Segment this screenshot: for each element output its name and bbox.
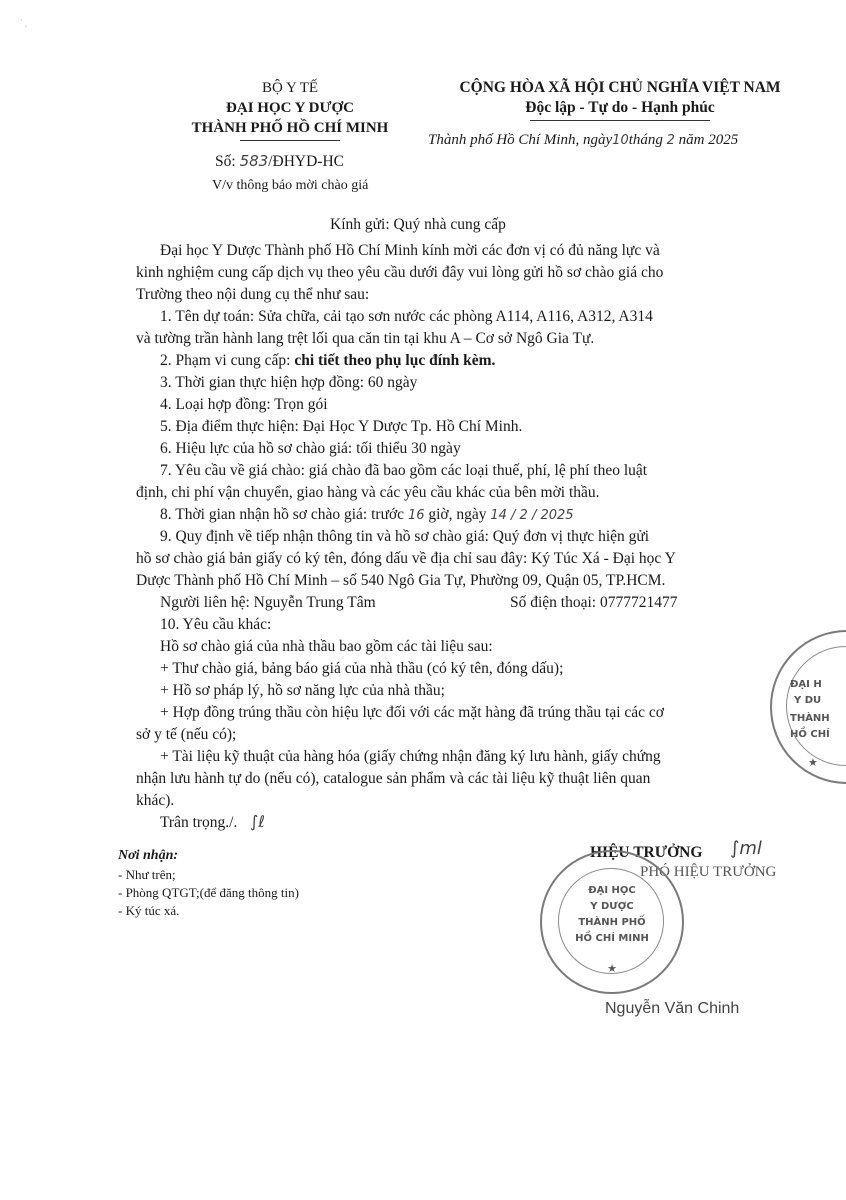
requirement-1: + Thư chào giá, bảng báo giá của nhà thầ… [160,658,563,680]
document-number: Số: 583/ĐHYD-HC [215,150,344,173]
item-6: 6. Hiệu lực của hồ sơ chào giá: tối thiể… [160,438,461,460]
intro-line-3: Trường theo nội dung cụ thể như sau: [136,284,369,306]
national-motto: Độc lập - Tự do - Hạnh phúc [410,98,830,118]
requirement-4-line-2: nhận lưu hành tự do (nếu có), catalogue … [136,768,650,790]
university-name-line2: THÀNH PHỐ HỒ CHÍ MINH [150,118,430,138]
item-7-line-2: định, chi phí vận chuyển, giao hàng và c… [136,482,600,504]
item-9-line-3: Dược Thành phố Hồ Chí Minh – số 540 Ngô … [136,570,665,592]
item-9-line-1: 9. Quy định về tiếp nhận thông tin và hồ… [160,526,649,548]
requirement-3-line-2: sở y tế (nếu có); [136,724,236,746]
contact-phone: Số điện thoại: 0777721477 [510,592,677,614]
item-4: 4. Loại hợp đồng: Trọn gói [160,394,328,416]
country-name: CỘNG HÒA XÃ HỘI CHỦ NGHĨA VIỆT NAM [410,78,830,98]
issuer-underline [240,140,340,141]
scan-mark-icon: ˋ ˎ [20,18,27,27]
item-1-line-2: và tường trần hành lang trệt lối qua căn… [136,328,594,350]
intro-line-2: kinh nghiệm cung cấp dịch vụ theo yêu cầ… [136,262,663,284]
item-10: 10. Yêu cầu khác: [160,614,271,636]
ministry-name: BỘ Y TẾ [150,78,430,98]
requirement-2: + Hồ sơ pháp lý, hồ sơ năng lực của nhà … [160,680,445,702]
requirement-4-line-3: khác). [136,790,174,812]
item-7-line-1: 7. Yêu cầu về giá chào: giá chào đã bao … [160,460,647,482]
item-1-line-1: 1. Tên dự toán: Sửa chữa, cải tạo sơn nư… [160,306,653,328]
recipient-3: - Ký túc xá. [118,902,179,919]
intro-line-1: Đại học Y Dược Thành phố Hồ Chí Minh kín… [160,240,660,262]
place-date: Thành phố Hồ Chí Minh, ngày10tháng 2 năm… [428,132,738,149]
signer-name: Nguyễn Văn Chinh [605,1000,739,1018]
item-8: 8. Thời gian nhận hồ sơ chào giá: trước … [160,504,574,527]
recipient-1: - Như trên; [118,866,176,883]
seal-star-icon: ★ [542,962,682,976]
university-seal: ĐẠI HỌC Y DƯỢC THÀNH PHỐ HỒ CHÍ MINH ★ [540,850,684,994]
document-subject: V/v thông báo mời chào giá [212,178,368,194]
edge-seal: ĐẠI H Y DU THÀNH HỒ CHÍ ★ [770,630,846,784]
closing: Trân trọng./. [160,812,237,834]
doc-number-handwritten: 583 [240,152,269,170]
item-2: 2. Phạm vi cung cấp: chi tiết theo phụ l… [160,350,495,372]
item-10-intro: Hồ sơ chào giá của nhà thầu bao gồm các … [160,636,493,658]
requirement-3-line-1: + Hợp đồng trúng thầu còn hiệu lực đối v… [160,702,664,724]
salutation: Kính gửi: Quý nhà cung cấp [330,214,506,236]
national-header: CỘNG HÒA XÃ HỘI CHỦ NGHĨA VIỆT NAM Độc l… [410,78,830,118]
recipient-2: - Phòng QTGT;(để đăng thông tin) [118,884,299,901]
motto-underline [530,120,710,121]
item-5: 5. Địa điểm thực hiện: Đại Học Y Dược Tp… [160,416,522,438]
edge-seal-star-icon: ★ [808,756,818,770]
signature-scribble-icon: ∫ml [730,838,762,859]
item-9-line-2: hồ sơ chào giá bản giấy có ký tên, đóng … [136,548,676,570]
contact-person: Người liên hệ: Nguyễn Trung Tâm [160,592,376,614]
requirement-4-line-1: + Tài liệu kỹ thuật của hàng hóa (giấy c… [160,746,661,768]
initial-scribble-icon: ∫ℓ [250,812,265,831]
issuer-block: BỘ Y TẾ ĐẠI HỌC Y DƯỢC THÀNH PHỐ HỒ CHÍ … [150,78,430,138]
recipients-title: Nơi nhận: [118,848,178,864]
item-3: 3. Thời gian thực hiện hợp đồng: 60 ngày [160,372,417,394]
university-name-line1: ĐẠI HỌC Y DƯỢC [150,98,430,118]
